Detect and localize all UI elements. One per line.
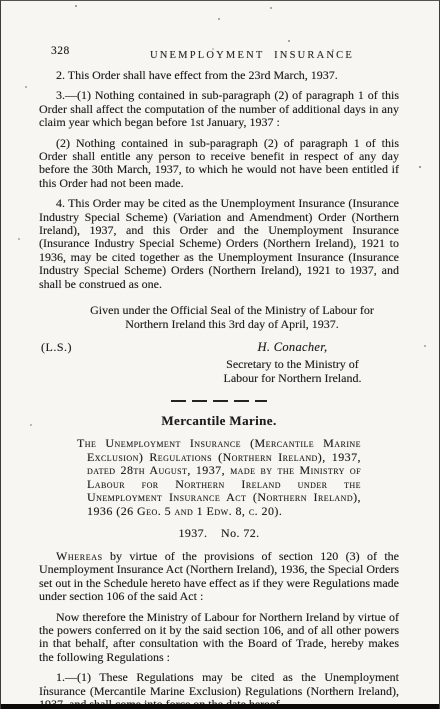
page-number: 328: [51, 45, 70, 57]
signature-column: H. Conacher, Secretary to the Ministry o…: [190, 340, 395, 385]
signature-name: H. Conacher,: [190, 340, 395, 355]
whereas-paragraph: Whereas by virtue of the provisions of s…: [39, 550, 399, 604]
attestation: Given under the Official Seal of the Min…: [71, 304, 393, 331]
running-title: UNEMPLOYMENT INSURANCE: [150, 50, 354, 61]
signature-block: (L.S.) H. Conacher, Secretary to the Min…: [39, 340, 399, 385]
whereas-lead: Whereas: [56, 549, 103, 563]
now-therefore-paragraph: Now therefore the Ministry of Labour for…: [39, 611, 399, 665]
section-heading: Mercantile Marine.: [39, 413, 399, 429]
signature-role-line-1: Secretary to the Ministry of: [190, 358, 395, 372]
order-paragraph-2: 2. This Order shall have effect from the…: [39, 69, 399, 82]
instrument-number: 1937. No. 72.: [39, 526, 399, 541]
running-title-wrap: UNEMPLOYMENT INSURANCE: [39, 45, 399, 63]
bottom-scan-bar: [1, 704, 439, 709]
signature-role-line-2: Labour for Northern Ireland.: [190, 372, 395, 386]
order-paragraph-3-2: (2) Nothing contained in sub-paragraph (…: [39, 137, 399, 191]
page-content: 328 UNEMPLOYMENT INSURANCE 2. This Order…: [1, 1, 439, 709]
scanned-document-page: 328 UNEMPLOYMENT INSURANCE 2. This Order…: [0, 0, 440, 709]
order-paragraph-4: 4. This Order may be cited as the Unempl…: [39, 197, 399, 291]
order-paragraph-3-1: 3.—(1) Nothing contained in sub-paragrap…: [39, 89, 399, 129]
running-header: 328 UNEMPLOYMENT INSURANCE: [39, 45, 399, 61]
regulations-headnote: The Unemployment Insurance (Mercantile M…: [87, 437, 361, 517]
section-divider: [171, 400, 267, 402]
seal-mark: (L.S.): [41, 340, 72, 355]
